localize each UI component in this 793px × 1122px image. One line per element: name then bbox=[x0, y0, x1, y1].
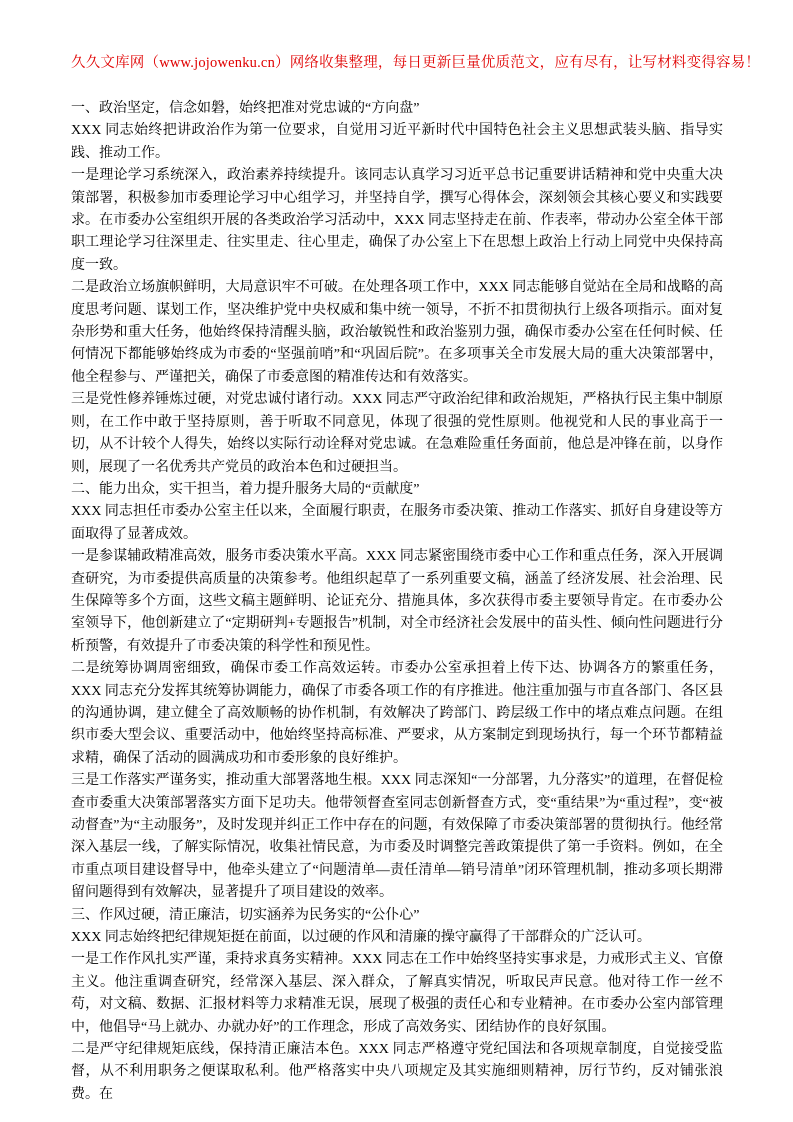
watermark-header: 久久文库网（www.jojowenku.cn）网络收集整理，每日更新巨量优质范文… bbox=[0, 0, 793, 72]
section-heading: 二、能力出众，实干担当，着力提升服务大局的“贡献度” bbox=[71, 479, 723, 501]
paragraph: XXX 同志始终把纪律规矩挺在前面，以过硬的作风和清廉的操守赢得了干部群众的广泛… bbox=[71, 927, 723, 949]
paragraph: 二是政治立场旗帜鲜明，大局意识牢不可破。在处理各项工作中，XXX 同志能够自觉站… bbox=[71, 277, 723, 389]
paragraph: 一是工作作风扎实严谨，秉持求真务实精神。XXX 同志在工作中始终坚持实事求是，力… bbox=[71, 949, 723, 1039]
document-page: 久久文库网（www.jojowenku.cn）网络收集整理，每日更新巨量优质范文… bbox=[0, 0, 793, 1122]
watermark-text: 久久文库网（www.jojowenku.cn）网络收集整理，每日更新巨量优质范文… bbox=[71, 55, 760, 71]
section-heading: 一、政治坚定，信念如磐，始终把准对党忠诚的“方向盘” bbox=[71, 98, 723, 120]
paragraph: 一是参谋辅政精准高效，服务市委决策水平高。XXX 同志紧密围绕市委中心工作和重点… bbox=[71, 546, 723, 658]
paragraph: 三是工作落实严谨务实，推动重大部署落地生根。XXX 同志深知“一分部署，九分落实… bbox=[71, 770, 723, 904]
paragraph: 一是理论学习系统深入，政治素养持续提升。该同志认真学习习近平总书记重要讲话精神和… bbox=[71, 165, 723, 277]
paragraph: XXX 同志担任市委办公室主任以来，全面履行职责，在服务市委决策、推动工作落实、… bbox=[71, 501, 723, 546]
document-body: 一、政治坚定，信念如磐，始终把准对党忠诚的“方向盘”XXX 同志始终把讲政治作为… bbox=[0, 98, 793, 1106]
section-heading: 三、作风过硬，清正廉洁，切实涵养为民务实的“公仆心” bbox=[71, 905, 723, 927]
paragraph: 二是统筹协调周密细致，确保市委工作高效运转。市委办公室承担着上传下达、协调各方的… bbox=[71, 658, 723, 770]
paragraph: 三是党性修养锤炼过硬，对党忠诚付诸行动。XXX 同志严守政治纪律和政治规矩，严格… bbox=[71, 389, 723, 479]
paragraph: 二是严守纪律规矩底线，保持清正廉洁本色。XXX 同志严格遵守党纪国法和各项规章制… bbox=[71, 1039, 723, 1106]
paragraph: XXX 同志始终把讲政治作为第一位要求，自觉用习近平新时代中国特色社会主义思想武… bbox=[71, 120, 723, 165]
